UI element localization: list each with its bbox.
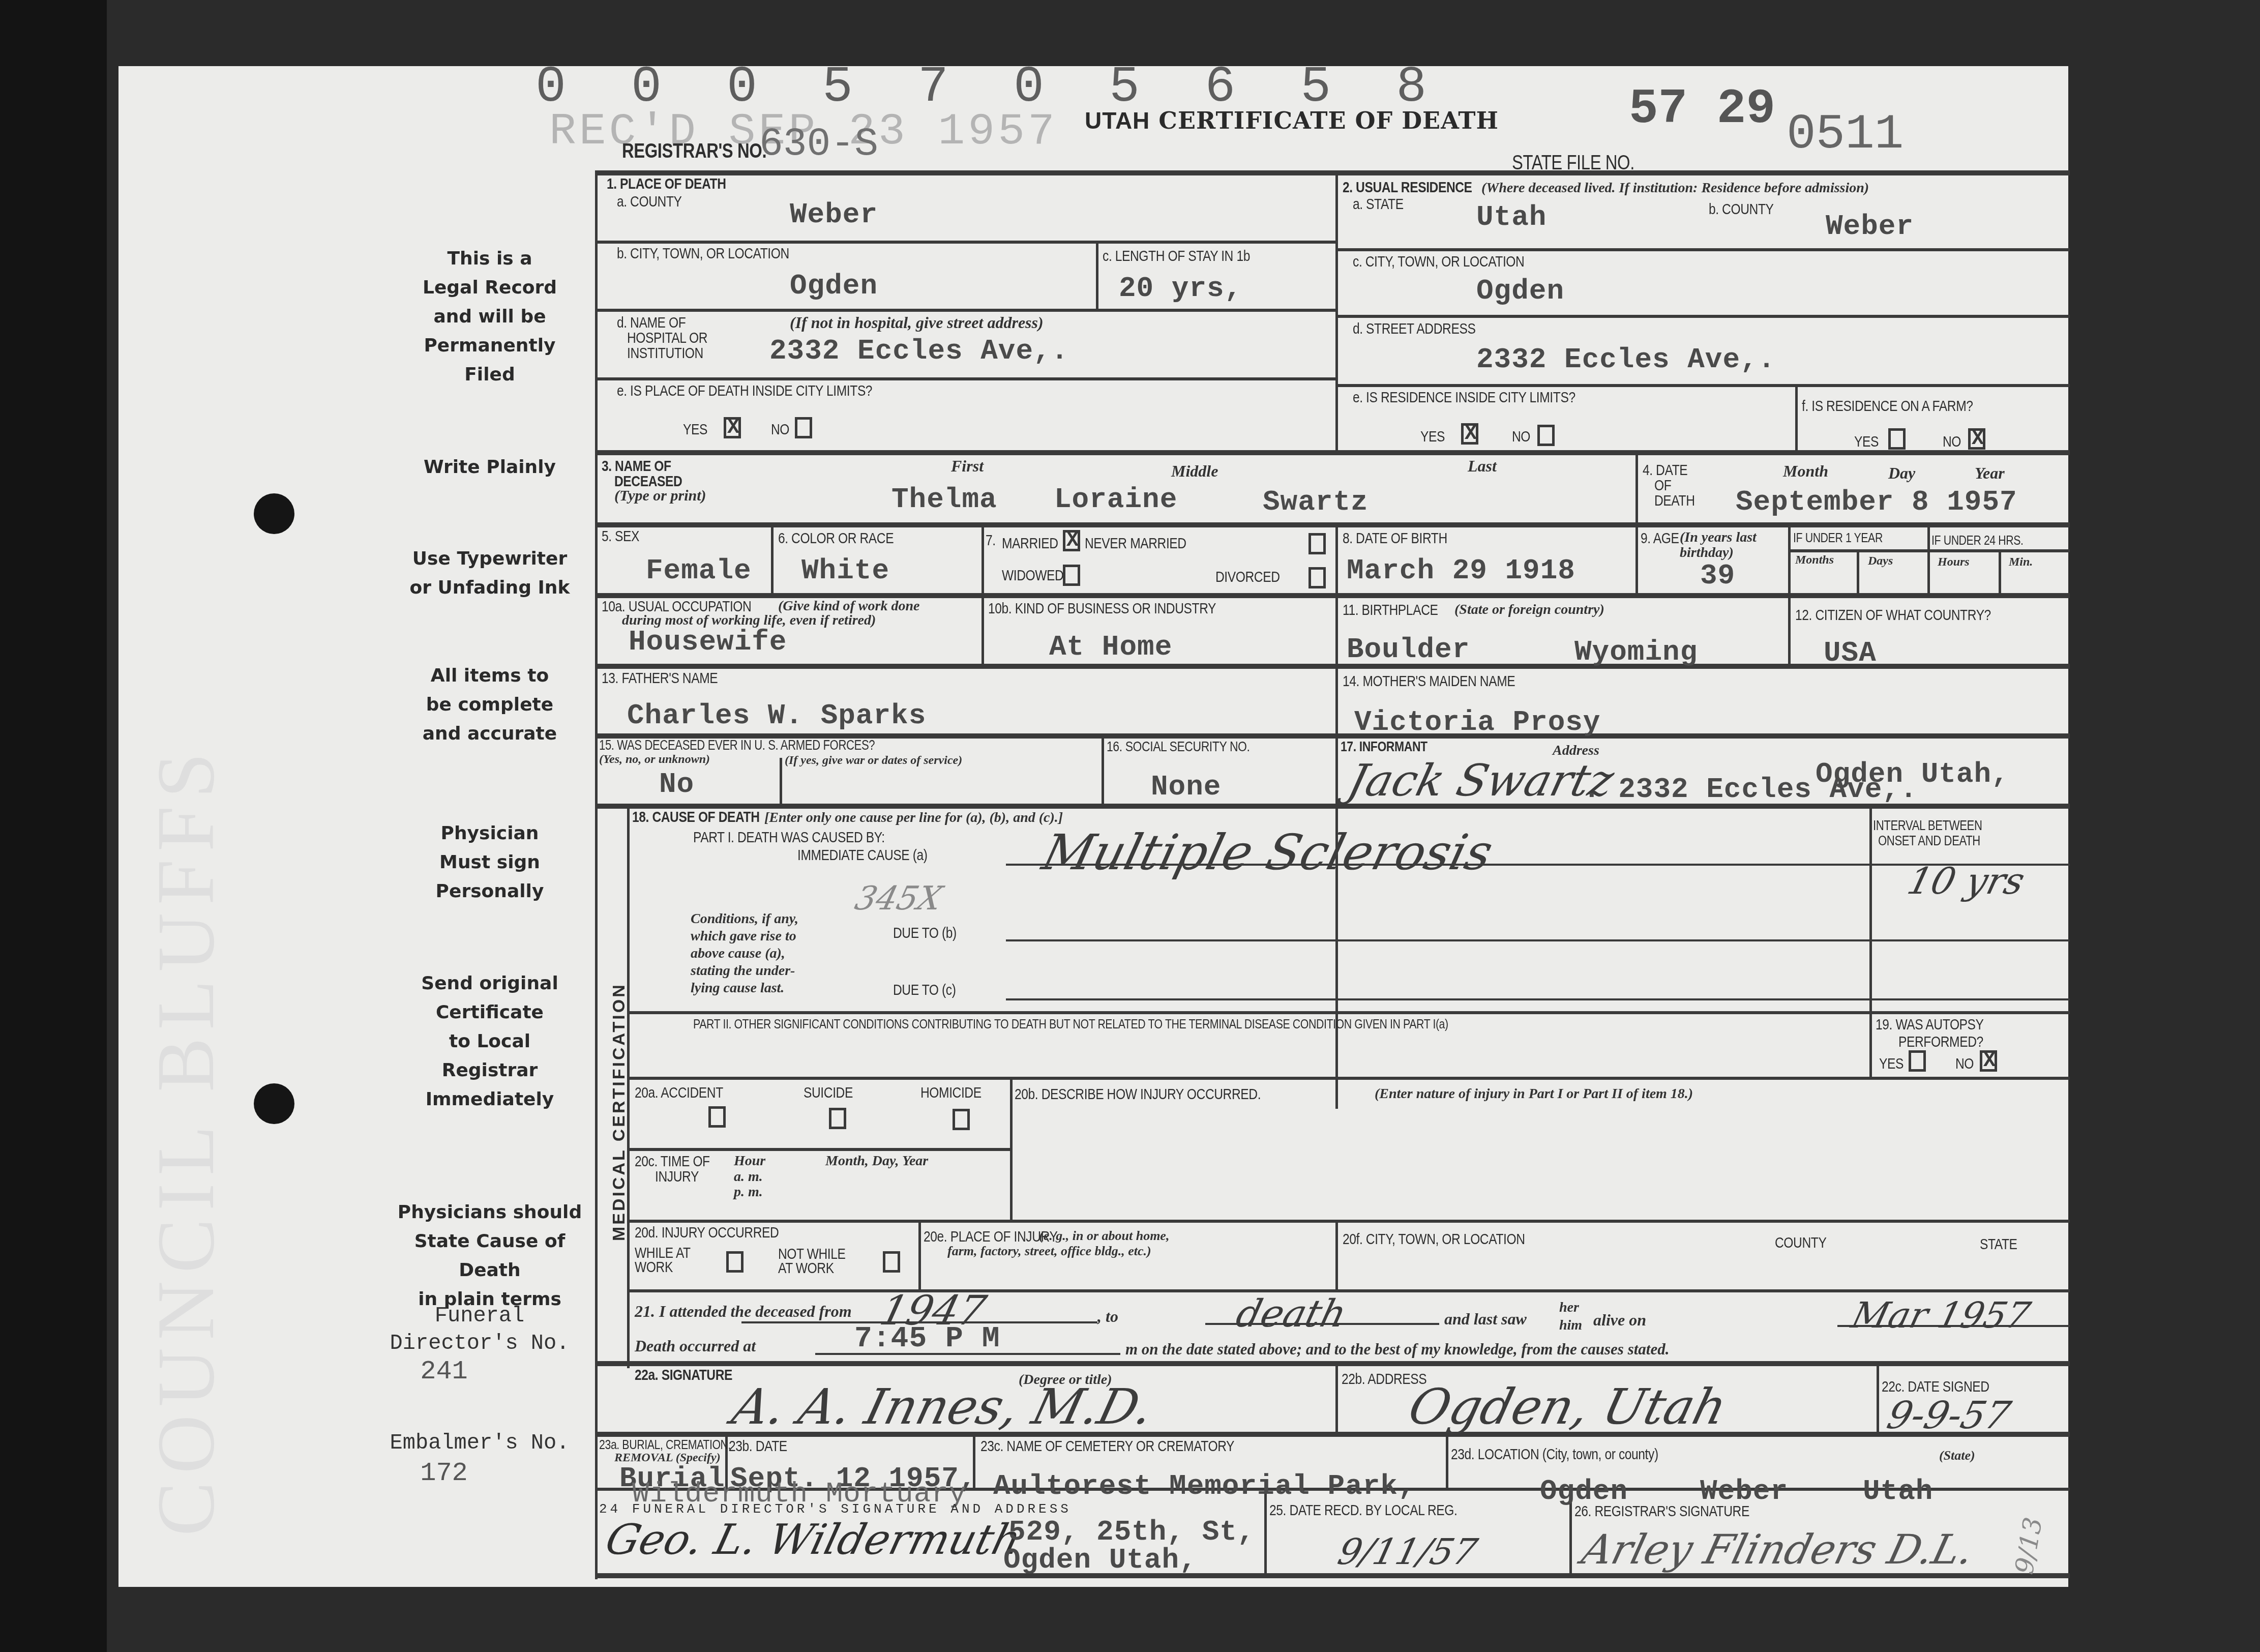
item3-first-name[interactable]: Thelma [891, 483, 997, 516]
item25-label: 25. DATE RECD. BY LOCAL REG. [1269, 1502, 1457, 1519]
item1b-city[interactable]: Ogden [790, 270, 878, 302]
item7-widowed-label: WIDOWED [1002, 567, 1063, 584]
item4-label-2: OF [1654, 477, 1671, 494]
item26-registrar-note: 9/13 [2009, 1515, 2048, 1577]
item2c-label: c. CITY, TOWN, OR LOCATION [1353, 253, 1524, 271]
item20e-note-2: farm, factory, street, office bldg., etc… [947, 1244, 1151, 1259]
item1d-institution[interactable]: 2332 Eccles Ave,. [769, 335, 1068, 367]
state-file-no-part1: 57 29 [1629, 81, 1775, 137]
item23c-cemetery[interactable]: Aultorest Memorial Park, [993, 1470, 1416, 1502]
item18-label: 18. CAUSE OF DEATH [632, 809, 760, 826]
item2-heading-note: (Where deceased lived. If institution: R… [1481, 180, 1869, 196]
item2f-no-checkbox[interactable] [1968, 428, 1985, 450]
item18-part1: PART I. DEATH WAS CAUSED BY: [693, 829, 885, 846]
item22b-physician-address[interactable]: Ogden, Utah [1403, 1378, 1733, 1435]
registrars-no-value: 630-S [759, 122, 878, 167]
divider [1335, 248, 2070, 251]
divider [595, 241, 1337, 244]
item20d-while-at-work-checkbox[interactable] [726, 1251, 744, 1273]
item4-day-label: Day [1888, 464, 1915, 483]
item17-address-street[interactable]: . 2332 Eccles Ave,. [1583, 773, 1918, 806]
item23c-label: 23c. NAME OF CEMETERY OR CREMATORY [980, 1438, 1234, 1455]
divider [1335, 384, 2070, 387]
item2-heading: 2. USUAL RESIDENCE [1343, 179, 1472, 196]
item18-interval-value[interactable]: 10 yrs [1904, 860, 2029, 902]
item15-armed-forces[interactable]: No [659, 768, 694, 801]
item1e-no-checkbox[interactable] [795, 417, 812, 438]
divider [771, 524, 774, 595]
item2e-no-label: NO [1512, 428, 1530, 446]
item10b-label: 10b. KIND OF BUSINESS OR INDUSTRY [988, 600, 1216, 617]
item14-mother-name[interactable]: Victoria Prosy [1354, 706, 1600, 739]
item7-label: 7. [986, 532, 996, 549]
item9-min-label: Min. [2009, 555, 2033, 569]
registrars-no-label: REGISTRAR'S NO. [622, 140, 766, 163]
divider [595, 1361, 2070, 1366]
item20b-label: 20b. DESCRIBE HOW INJURY OCCURRED. [1015, 1086, 1261, 1103]
item20c-hour-label: Hour [734, 1153, 765, 1169]
item14-label: 14. MOTHER'S MAIDEN NAME [1343, 673, 1515, 690]
item2e-no-checkbox[interactable] [1537, 425, 1555, 446]
item15-note-a: (Yes, no, or unknown) [599, 753, 710, 766]
form-border-bottom [595, 1573, 2070, 1578]
item21-to: , to [1097, 1307, 1118, 1326]
embalmer-no-label: Embalmer's No. [373, 1429, 586, 1457]
item20a-suicide-label: SUICIDE [804, 1084, 853, 1102]
item21-text-1: 21. I attended the deceased from [635, 1302, 852, 1321]
item4-label-3: DEATH [1654, 492, 1695, 510]
item4-year-label: Year [1975, 464, 2005, 483]
item1d-label-2: HOSPITAL OR [627, 330, 707, 347]
item25-date-received[interactable]: 9/11/57 [1334, 1531, 1481, 1573]
item22c-date-signed[interactable]: 9-9-57 [1883, 1394, 2015, 1437]
item19-yes-checkbox[interactable] [1909, 1050, 1926, 1072]
item22a-label: 22a. SIGNATURE [635, 1367, 732, 1384]
item13-father-name[interactable]: Charles W. Sparks [627, 699, 926, 732]
item20f-state-label: STATE [1980, 1236, 2017, 1253]
item21-death-time[interactable]: 7:45 P M [854, 1322, 1000, 1355]
item15-label: 15. WAS DECEASED EVER IN U. S. ARMED FOR… [599, 737, 875, 753]
item5-label: 5. SEX [602, 528, 639, 545]
item20a-accident-checkbox[interactable] [708, 1106, 726, 1128]
divider [1795, 384, 1798, 453]
divider [1335, 1221, 1338, 1292]
item9-note: (In years last birthday) [1680, 530, 1781, 560]
item20c-label-1: 20c. TIME OF [635, 1153, 710, 1170]
divider [1335, 1363, 1338, 1434]
item20c-am-label: a. m. [734, 1169, 763, 1185]
item19-yes-label: YES [1879, 1055, 1904, 1073]
item20e-note-1: (e. g., in or about home, [1039, 1228, 1169, 1244]
divider [595, 309, 1337, 312]
item18-note: [Enter only one cause per line for (a), … [764, 810, 1063, 826]
item16-social-security[interactable]: None [1151, 771, 1221, 803]
funeral-director-no-label: FuneralDirector's No. [373, 1302, 586, 1357]
item7-never-married-checkbox[interactable] [1309, 533, 1326, 554]
divider [1335, 315, 2070, 318]
due-to-b-line [1006, 939, 2070, 941]
embalmer-no: 172 [373, 1460, 515, 1487]
divider [1877, 1363, 1879, 1434]
item3-middle-label: Middle [1171, 462, 1218, 481]
item4-label-1: 4. DATE [1643, 462, 1687, 479]
faint-watermark: COUNCIL BLUFFS [139, 745, 233, 1536]
item2f-yes-checkbox[interactable] [1888, 428, 1906, 450]
item9-under-24-hrs: IF UNDER 24 HRS. [1931, 533, 2024, 548]
item19-label-1: 19. WAS AUTOPSY [1876, 1016, 1984, 1034]
medical-certification-label: MEDICAL CERTIFICATION [609, 983, 629, 1241]
state-file-no-part2: 0511 [1787, 107, 1904, 162]
divider [982, 595, 984, 666]
item3-label-3: (Type or print) [614, 487, 706, 505]
item2e-label: e. IS RESIDENCE INSIDE CITY LIMITS? [1353, 389, 1575, 406]
item12-label: 12. CITIZEN OF WHAT COUNTRY? [1795, 607, 1991, 624]
margin-note-legal-record: This is aLegal Recordand will bePermanen… [383, 244, 597, 389]
item17-label: 17. INFORMANT [1341, 739, 1428, 755]
item5-sex[interactable]: Female [646, 554, 752, 587]
due-to-c-line [1006, 998, 2070, 1000]
item9-age[interactable]: 39 [1700, 559, 1735, 592]
item18-immediate-label: IMMEDIATE CAUSE (a) [797, 847, 928, 864]
item2a-label: a. STATE [1353, 196, 1404, 213]
funeral-director-no: 241 [373, 1358, 515, 1385]
item4-month-label: Month [1783, 462, 1828, 481]
item20c-pm-label: p. m. [734, 1184, 763, 1200]
divider [630, 1148, 1011, 1151]
item9-under-1-year: IF UNDER 1 YEAR [1793, 530, 1883, 546]
item1e-yes-checkbox[interactable] [724, 417, 741, 438]
item2b-county[interactable]: Weber [1826, 210, 1914, 243]
item1a-label: a. COUNTY [617, 193, 682, 211]
item20d-while-at-work-label: WHILE ATWORK [635, 1246, 691, 1275]
item3-last-label: Last [1468, 457, 1497, 476]
item7-married-label: MARRIED [1002, 535, 1058, 552]
item2b-label: b. COUNTY [1709, 201, 1774, 218]
item6-label: 6. COLOR OR RACE [778, 530, 894, 547]
item2c-city[interactable]: Ogden [1476, 275, 1564, 307]
divider [1096, 241, 1098, 309]
item20c-label-2: INJURY [655, 1168, 699, 1186]
item2e-yes-label: YES [1420, 428, 1445, 446]
item15-note-b: (If yes, give war or dates of service) [785, 754, 962, 768]
item1e-yes-label: YES [683, 421, 707, 438]
divider [595, 450, 2070, 455]
item18-interval-label-1: INTERVAL BETWEEN [1873, 818, 1982, 834]
item1a-county[interactable]: Weber [790, 198, 878, 231]
item24-funeral-director-signature[interactable]: Geo. L. Wildermuth [601, 1516, 1026, 1564]
item16-label: 16. SOCIAL SECURITY NO. [1107, 739, 1250, 755]
margin-note-typewriter: Use Typewriteror Unfading Ink [383, 544, 597, 602]
margin-note-write-plainly: Write Plainly [383, 453, 597, 482]
item18-conditions-note: Conditions, if any, which gave rise to a… [691, 910, 798, 997]
item22c-label: 22c. DATE SIGNED [1882, 1378, 1989, 1396]
item2d-label: d. STREET ADDRESS [1353, 320, 1475, 338]
item18-part2: PART II. OTHER SIGNIFICANT CONDITIONS CO… [693, 1016, 1448, 1032]
item1e-label: e. IS PLACE OF DEATH INSIDE CITY LIMITS? [617, 382, 872, 400]
item18-immediate-cause[interactable]: Multiple Sclerosis [1037, 824, 1498, 881]
item11-note: (State or foreign country) [1454, 602, 1604, 618]
item20c-mdy-label: Month, Day, Year [825, 1153, 928, 1169]
item20d-label: 20d. INJURY OCCURRED [635, 1224, 779, 1242]
item26-registrar-signature[interactable]: Arley Flinders D.L. [1577, 1526, 1979, 1573]
item7-married-checkbox[interactable] [1063, 530, 1080, 551]
divider [918, 1221, 921, 1292]
item21-attended-to[interactable]: death [1232, 1292, 1351, 1336]
item23a-label-1: 23a. BURIAL, CREMATION, [599, 1437, 731, 1453]
item2a-state[interactable]: Utah [1476, 201, 1547, 233]
item19-no-label: NO [1955, 1055, 1974, 1073]
item11-birthplace-city[interactable]: Boulder [1347, 633, 1470, 666]
item21-text-2: m on the date stated above; and to the b… [1125, 1340, 1669, 1359]
divider [630, 1220, 2070, 1223]
item7-divorced-label: DIVORCED [1215, 569, 1280, 586]
item8-date-of-birth[interactable]: March 29 1918 [1347, 554, 1575, 587]
item22a-physician-signature[interactable]: A. A. Innes, M.D. [727, 1378, 1159, 1435]
divider [630, 1011, 2070, 1014]
divider [1264, 1490, 1267, 1574]
divider [1635, 453, 1638, 524]
divider [630, 1077, 2070, 1080]
item1c-label: c. LENGTH OF STAY IN 1b [1103, 248, 1250, 265]
item19-no-checkbox[interactable] [1980, 1050, 1997, 1072]
item10b-business[interactable]: At Home [1049, 631, 1172, 663]
item20f-label: 20f. CITY, TOWN, OR LOCATION [1343, 1231, 1525, 1248]
item20f-county-label: COUNTY [1775, 1234, 1826, 1252]
divider [1999, 549, 2001, 595]
item1e-no-label: NO [771, 421, 789, 438]
divider [595, 522, 2070, 527]
item1-heading: 1. PLACE OF DEATH [607, 175, 726, 193]
item23d-label: 23d. LOCATION (City, town, or county) [1451, 1446, 1658, 1463]
item8-label: 8. DATE OF BIRTH [1343, 530, 1447, 547]
item2f-yes-label: YES [1854, 433, 1879, 451]
divider [595, 377, 1337, 380]
item7-never-married-label: NEVER MARRIED [1085, 535, 1186, 552]
item23b-label: 23b. DATE [729, 1438, 787, 1455]
item6-race[interactable]: White [801, 554, 889, 587]
divider [595, 593, 2070, 598]
item18-interval-label-2: ONSET AND DEATH [1878, 833, 1980, 849]
item7-widowed-checkbox[interactable] [1063, 565, 1080, 586]
item3-first-label: First [951, 457, 984, 476]
item9-hours-label: Hours [1938, 555, 1970, 569]
item26-label: 26. REGISTRAR'S SIGNATURE [1574, 1503, 1749, 1520]
item9-days-label: Days [1868, 554, 1893, 568]
divider [1102, 735, 1104, 807]
item21-death-occurred: Death occurred at [635, 1337, 756, 1355]
divider [1788, 524, 1791, 595]
item3-middle-name[interactable]: Loraine [1054, 483, 1177, 516]
item9-label: 9. AGE [1641, 530, 1679, 547]
divider [1869, 1011, 1872, 1077]
item20e-label: 20e. PLACE OF INJURY [924, 1228, 1057, 1246]
item18-due-to-c-label: DUE TO (c) [893, 982, 956, 999]
item1c-length-of-stay[interactable]: 20 yrs, [1119, 272, 1242, 305]
divider [1857, 549, 1859, 595]
item19-label-2: PERFORMED? [1898, 1034, 1983, 1051]
item1d-label-3: INSTITUTION [627, 345, 703, 362]
item21-last-saw: and last saw [1444, 1310, 1527, 1329]
punch-hole [254, 493, 294, 534]
punch-hole [254, 1083, 294, 1124]
item11-birthplace-state[interactable]: Wyoming [1574, 636, 1698, 668]
item2f-label: f. IS RESIDENCE ON A FARM? [1802, 398, 1973, 415]
item3-label-1: 3. NAME OF [602, 458, 671, 475]
item17-informant-signature[interactable]: Jack Swartz [1343, 755, 1619, 806]
item21-alive-on-date[interactable]: Mar 1957 [1848, 1294, 2035, 1336]
form-border-left [595, 170, 598, 1579]
item3-last-name[interactable]: Swartz [1263, 486, 1369, 518]
item21-him: him [1559, 1317, 1582, 1334]
item20b-note: (Enter nature of injury in Part I or Par… [1375, 1086, 1693, 1102]
divider [982, 524, 984, 595]
item20a-suicide-checkbox[interactable] [829, 1108, 846, 1129]
item1b-label: b. CITY, TOWN, OR LOCATION [617, 245, 789, 262]
certificate-paper: COUNCIL BLUFFS 0 0 0 5 7 0 5 6 5 8 REC'D… [118, 66, 2068, 1587]
item22b-label: 22b. ADDRESS [1342, 1371, 1426, 1388]
item1d-note: (If not in hospital, give street address… [790, 313, 1044, 332]
item21-her: her [1559, 1300, 1579, 1316]
item11-label: 11. BIRTHPLACE [1343, 602, 1438, 619]
item1d-label-1: d. NAME OF [617, 314, 686, 332]
item24-label: 24 FUNERAL DIRECTOR'S SIGNATURE AND ADDR… [599, 1501, 1072, 1517]
item21-alive-on: alive on [1593, 1311, 1646, 1330]
item2e-yes-checkbox[interactable] [1461, 423, 1478, 445]
item9-months-label: Months [1795, 553, 1834, 567]
item2f-no-label: NO [1943, 433, 1961, 451]
item12-citizenship[interactable]: USA [1824, 637, 1877, 669]
item20a-homicide-label: HOMICIDE [920, 1084, 982, 1102]
form-border-top [595, 170, 2070, 175]
item23d-state[interactable]: Utah [1863, 1475, 1933, 1508]
item23d-state-label: (State) [1939, 1448, 1975, 1463]
item4-date-of-death[interactable]: September 8 1957 [1736, 486, 2017, 518]
item2d-street-address[interactable]: 2332 Eccles Ave,. [1476, 343, 1775, 376]
divider [1446, 1434, 1448, 1490]
item7-divorced-checkbox[interactable] [1309, 567, 1326, 588]
item20a-label: 20a. ACCIDENT [635, 1084, 723, 1102]
divider [780, 758, 782, 806]
scanner-edge-left [0, 0, 107, 1652]
item18-code: 345X [851, 880, 946, 918]
item13-label: 13. FATHER'S NAME [602, 670, 718, 687]
item24-address-line-2[interactable]: Ogden Utah, [1003, 1544, 1197, 1576]
item18-due-to-b-label: DUE TO (b) [893, 925, 957, 942]
item20d-not-while-at-work-checkbox[interactable] [883, 1251, 900, 1273]
margin-note-physician-sign: PhysicianMust signPersonally [383, 819, 597, 906]
certificate-title: UTAH CERTIFICATE OF DEATH [1085, 107, 1499, 134]
item10a-occupation[interactable]: Housewife [629, 626, 787, 658]
divider [1788, 595, 1791, 666]
divider [1635, 524, 1638, 595]
item20a-homicide-checkbox[interactable] [953, 1109, 970, 1130]
margin-note-physicians-should: Physicians shouldState Cause of Deathin … [383, 1198, 597, 1314]
margin-note-all-items: All items tobe completeand accurate [383, 661, 597, 748]
margin-note-send-original: Send originalCertificateto LocalRegistra… [383, 969, 597, 1114]
item20d-not-while-at-work-label: NOT WHILEAT WORK [778, 1247, 846, 1276]
divider [1927, 524, 1930, 595]
